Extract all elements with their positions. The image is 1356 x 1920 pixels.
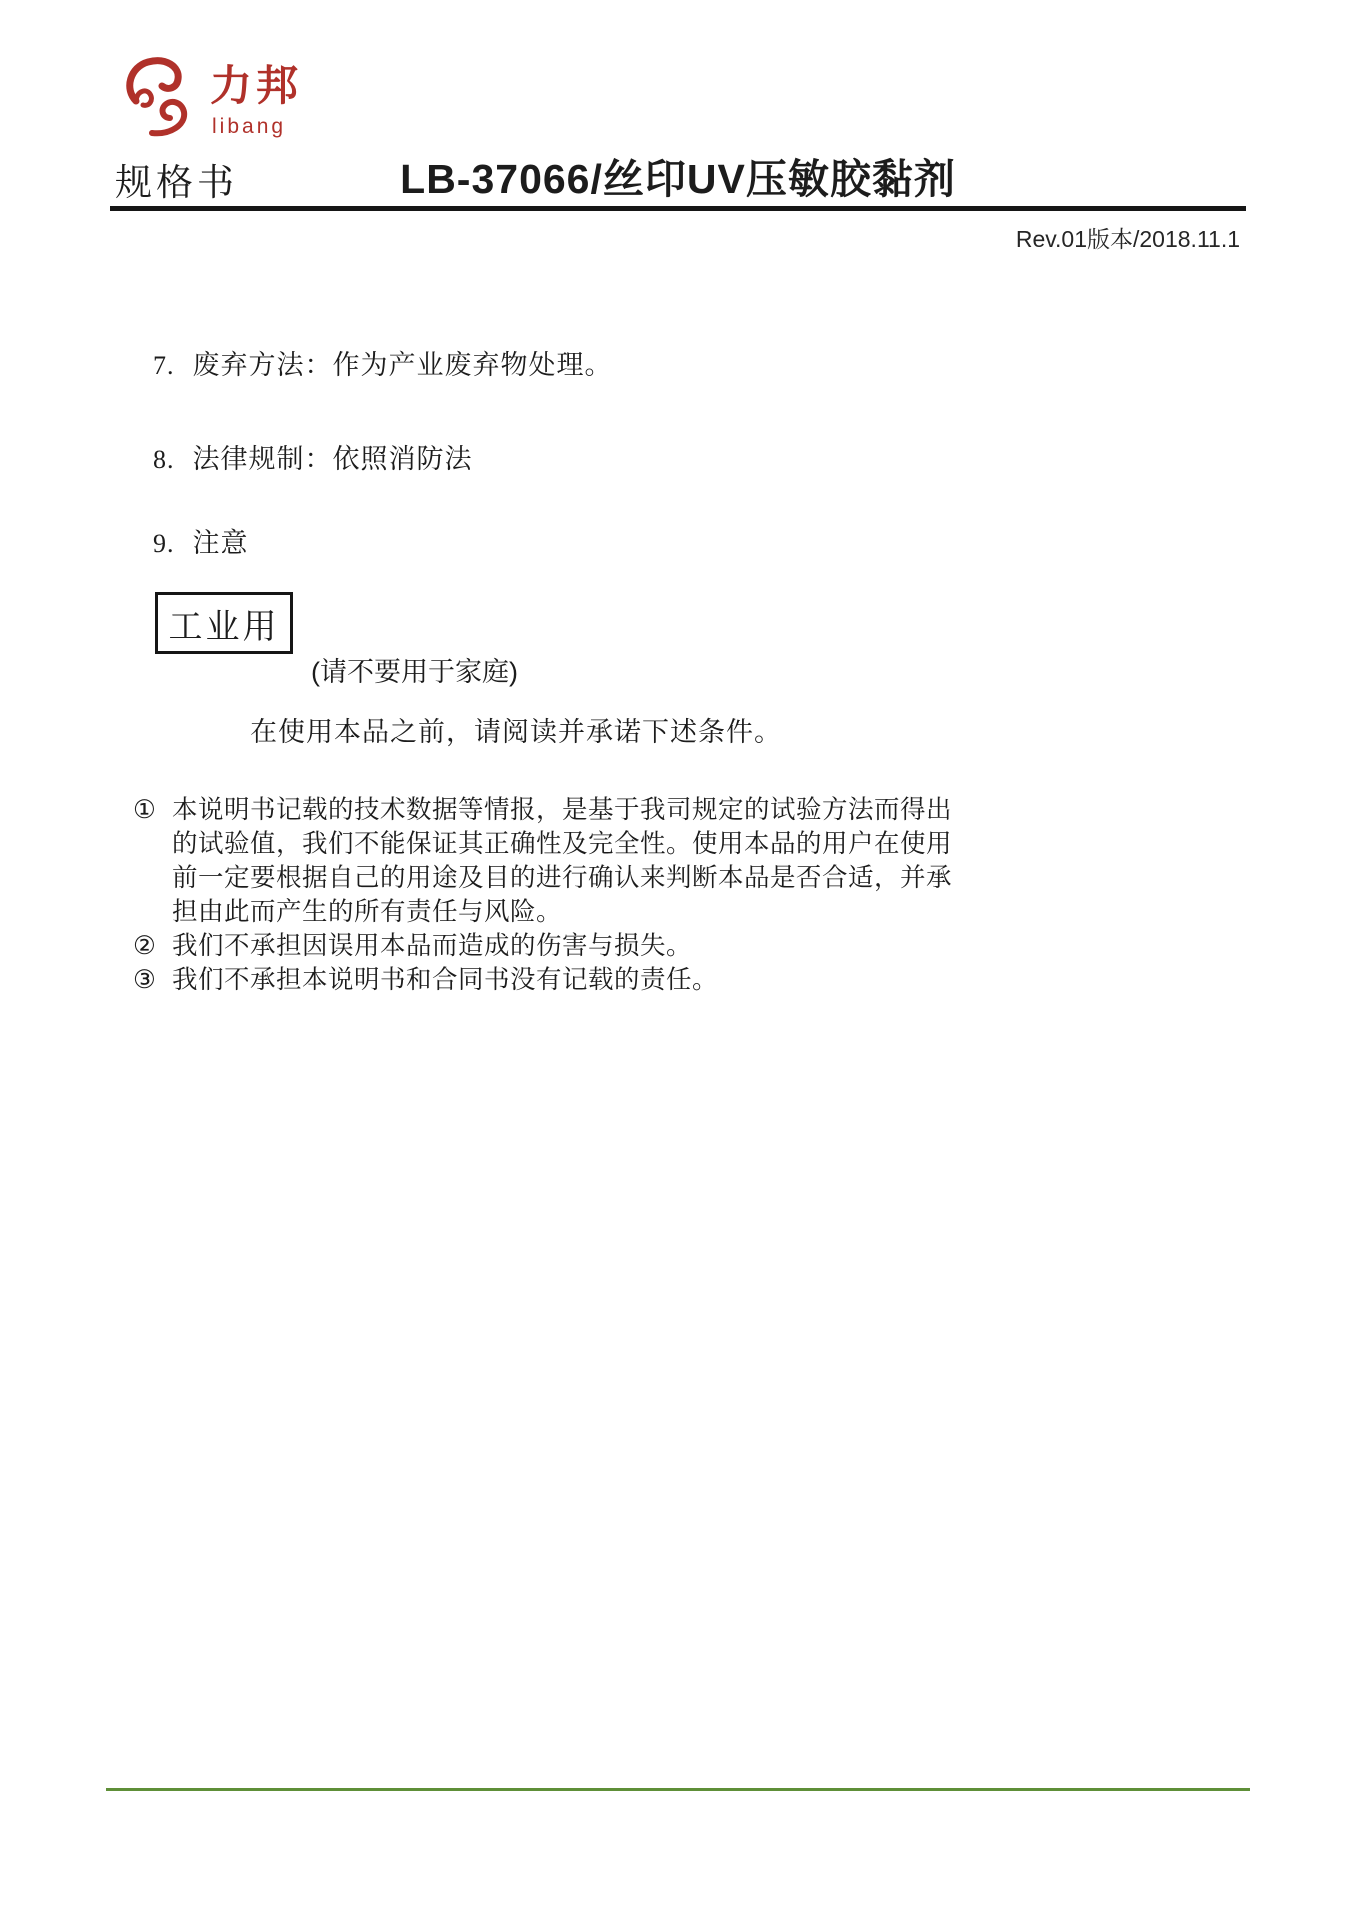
item-marker: ② [133, 929, 163, 963]
section-text: 注意 [193, 521, 249, 560]
revision-label: Rev.01版本/2018.11.1 [1016, 221, 1240, 254]
page-title: LB-37066/丝印UV压敏胶黏剂 [0, 146, 1356, 205]
spec-sheet-page: 力邦 libang 规格书 LB-37066/丝印UV压敏胶黏剂 Rev.01版… [0, 0, 1356, 1920]
section-number: 7. [153, 351, 175, 381]
industrial-use-box: 工业用 [155, 592, 293, 654]
section-number: 9. [153, 529, 175, 559]
brand-name-en: libang [210, 116, 302, 137]
disclaimer-list: ① 本说明书记载的技术数据等情报，是基于我司规定的试验方法而得出的试验值，我们不… [133, 793, 965, 997]
list-item: ② 我们不承担因误用本品而造成的伤害与损失。 [133, 929, 965, 963]
section-legal: 8. 法律规制：依照消防法 [153, 437, 473, 476]
footer-divider [106, 1788, 1250, 1791]
section-text: 法律规制：依照消防法 [193, 437, 473, 476]
item-text: 本说明书记载的技术数据等情报，是基于我司规定的试验方法而得出的试验值，我们不能保… [172, 793, 965, 929]
section-text: 废弃方法：作为产业废弃物处理。 [193, 343, 613, 382]
brand-text: 力邦 libang [210, 55, 302, 137]
list-item: ① 本说明书记载的技术数据等情报，是基于我司规定的试验方法而得出的试验值，我们不… [133, 793, 965, 929]
section-disposal: 7. 废弃方法：作为产业废弃物处理。 [153, 343, 613, 382]
industrial-use-note: (请不要用于家庭) [311, 650, 518, 689]
item-marker: ① [133, 793, 163, 929]
item-text: 我们不承担本说明书和合同书没有记载的责任。 [172, 963, 965, 997]
section-caution: 9. 注意 [153, 521, 249, 560]
list-item: ③ 我们不承担本说明书和合同书没有记载的责任。 [133, 963, 965, 997]
libang-swirl-icon [122, 55, 204, 139]
brand-logo: 力邦 libang [122, 55, 302, 139]
header-divider [110, 206, 1246, 211]
notice-intro: 在使用本品之前，请阅读并承诺下述条件。 [250, 710, 782, 749]
section-number: 8. [153, 445, 175, 475]
item-text: 我们不承担因误用本品而造成的伤害与损失。 [172, 929, 965, 963]
item-marker: ③ [133, 963, 163, 997]
brand-name-cn: 力邦 [210, 65, 302, 107]
